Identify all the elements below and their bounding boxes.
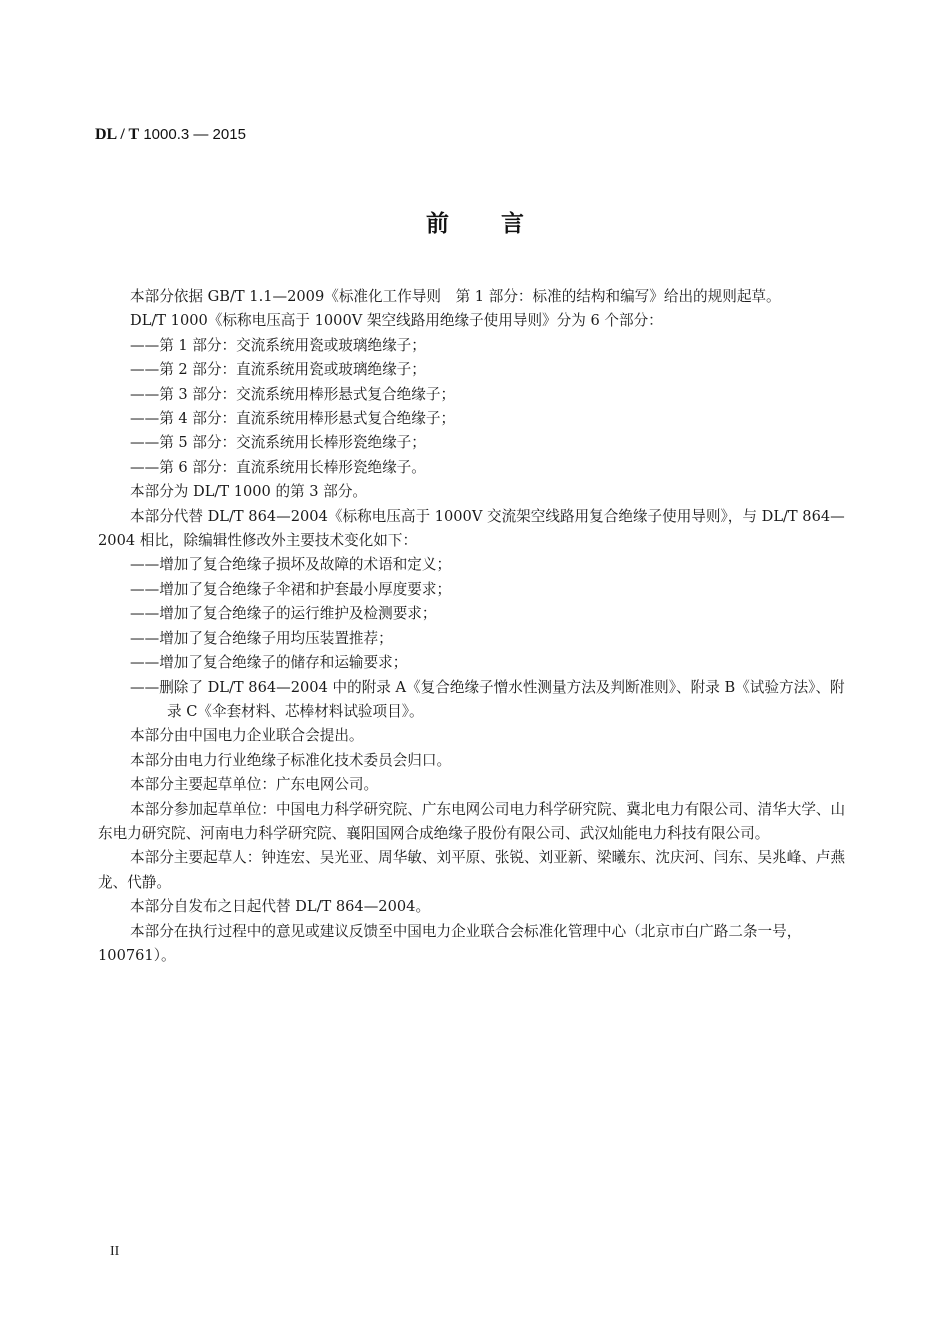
- standard-code: DL / T 1000.3 — 2015: [95, 126, 246, 144]
- paragraph-responsible-committee: 本部分由电力行业绝缘子标准化技术委员会归口。: [98, 749, 850, 773]
- paragraph-feedback: 本部分在执行过程中的意见或建议反馈至中国电力企业联合会标准化管理中心（北京市白广…: [98, 920, 850, 969]
- standard-code-number: 1000.3 — 2015: [139, 126, 246, 143]
- list-item-change: ——删除了 DL/T 864—2004 中的附录 A《复合绝缘子憎水性测量方法及…: [98, 676, 850, 725]
- list-item-part: ——第 6 部分：直流系统用长棒形瓷绝缘子。: [98, 456, 850, 480]
- paragraph-proposer: 本部分由中国电力企业联合会提出。: [98, 724, 850, 748]
- foreword-body: 本部分依据 GB/T 1.1—2009《标准化工作导则 第 1 部分：标准的结构…: [98, 285, 850, 968]
- paragraph-replacement: 本部分代替 DL/T 864—2004《标称电压高于 1000V 交流架空线路用…: [98, 505, 850, 554]
- paragraph-drafting-basis: 本部分依据 GB/T 1.1—2009《标准化工作导则 第 1 部分：标准的结构…: [98, 285, 850, 309]
- list-item-part: ——第 4 部分：直流系统用棒形悬式复合绝缘子；: [98, 407, 850, 431]
- list-item-change: ——增加了复合绝缘子的运行维护及检测要求；: [98, 602, 850, 626]
- paragraph-main-drafting-unit: 本部分主要起草单位：广东电网公司。: [98, 773, 850, 797]
- page-number: II: [110, 1244, 119, 1260]
- list-item-change: ——增加了复合绝缘子用均压装置推荐；: [98, 627, 850, 651]
- paragraph-series-parts: DL/T 1000《标称电压高于 1000V 架空线路用绝缘子使用导则》分为 6…: [98, 309, 850, 333]
- paragraph-participating-units: 本部分参加起草单位：中国电力科学研究院、广东电网公司电力科学研究院、冀北电力有限…: [98, 798, 850, 847]
- list-item-change: ——增加了复合绝缘子的储存和运输要求；: [98, 651, 850, 675]
- list-item-part: ——第 5 部分：交流系统用长棒形瓷绝缘子；: [98, 431, 850, 455]
- list-item-part: ——第 2 部分：直流系统用瓷或玻璃绝缘子；: [98, 358, 850, 382]
- page-title: 前言: [0, 205, 950, 238]
- list-item-part: ——第 3 部分：交流系统用棒形悬式复合绝缘子；: [98, 383, 850, 407]
- list-item-change: ——增加了复合绝缘子伞裙和护套最小厚度要求；: [98, 578, 850, 602]
- paragraph-supersedes: 本部分自发布之日起代替 DL/T 864—2004。: [98, 895, 850, 919]
- paragraph-main-drafters: 本部分主要起草人：钟连宏、吴光亚、周华敏、刘平原、张锐、刘亚新、梁曦东、沈庆河、…: [98, 846, 850, 895]
- list-item-part: ——第 1 部分：交流系统用瓷或玻璃绝缘子；: [98, 334, 850, 358]
- paragraph-this-part: 本部分为 DL/T 1000 的第 3 部分。: [98, 480, 850, 504]
- standard-code-prefix: DL / T: [95, 126, 139, 143]
- list-item-change: ——增加了复合绝缘子损坏及故障的术语和定义；: [98, 553, 850, 577]
